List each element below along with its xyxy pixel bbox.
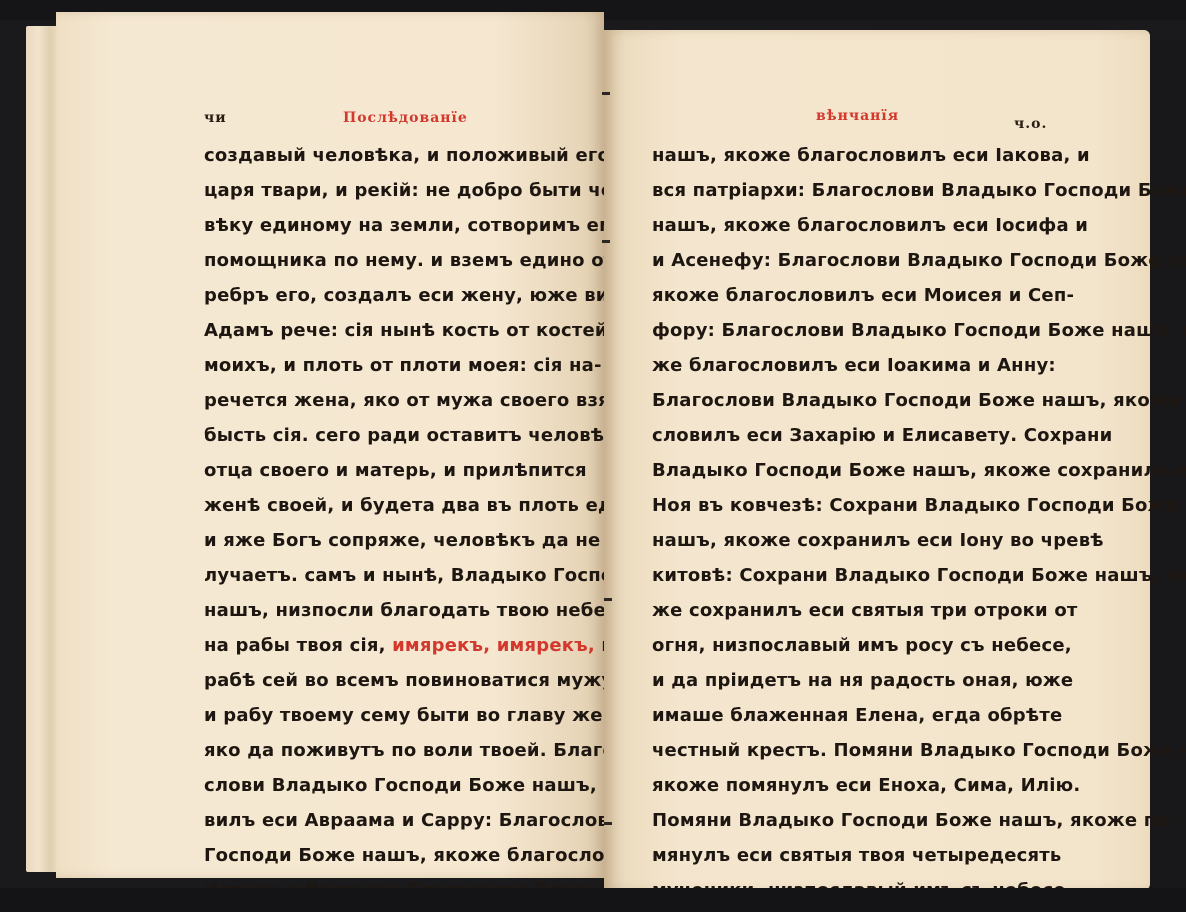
text-line: Помяни Владыко Господи Боже нашъ, якоже … (652, 803, 1032, 838)
text-line: и яже Богъ сопряже, человѣкъ да не раз- (204, 523, 586, 558)
text-line: же благословилъ еси Іоакима и Анну: (652, 348, 1032, 383)
text-line: и рабу твоему сему быти во главу жены, (204, 698, 586, 733)
text-line: вѣку единому на земли, сотворимъ ему (204, 208, 586, 243)
text-line: Ноя въ ковчезѣ: Сохрани Владыко Господи … (652, 488, 1032, 523)
text-line: создавый человѣка, и положивый его яко (204, 138, 586, 173)
binding-stitch (602, 240, 610, 243)
text-line: Благослови Владыко Господи Боже нашъ, як… (652, 383, 1032, 418)
text-line: вся патріархи: Благослови Владыко Господ… (652, 173, 1032, 208)
text-line: огня, низпославый имъ росу съ небесе, (652, 628, 1032, 663)
binding-stitch (604, 822, 612, 825)
left-text-block: создавый человѣка, и положивый его яко ц… (204, 138, 586, 908)
text-line: и Асенефу: Благослови Владыко Господи Бо… (652, 243, 1032, 278)
text-line-with-rubric: на рабы твоя сія, имярекъ, имярекъ, и да… (204, 628, 586, 663)
text-line: моихъ, и плоть от плоти моея: сія на- (204, 348, 586, 383)
text-line: нашъ, низпосли благодать твою небесную, (204, 593, 586, 628)
right-folio-number: ч.о. (1014, 116, 1047, 132)
text-line: нашъ, якоже благословилъ еси Іосифа и (652, 208, 1032, 243)
text-line: ребръ его, создалъ еси жену, юже видѣвъ (204, 278, 586, 313)
text-segment: на рабы твоя сія, (204, 635, 386, 656)
text-line: же сохранилъ еси святыя три отроки от (652, 593, 1032, 628)
right-text-block: нашъ, якоже благословилъ еси Іакова, и в… (652, 138, 1032, 908)
left-running-header: Послѣдованїе (343, 110, 468, 126)
text-line: фору: Благослови Владыко Господи Боже на… (652, 313, 1032, 348)
right-running-header: вѣнчанїя (816, 108, 899, 124)
text-line: честный крестъ. Помяни Владыко Господи Б… (652, 733, 1032, 768)
rubric-name-placeholder: имярекъ, имярекъ, (392, 635, 595, 656)
text-line: слови Владыко Господи Боже нашъ, якоже б… (204, 768, 586, 803)
text-line: царя твари, и рекій: не добро быти чело- (204, 173, 586, 208)
text-line: лучаетъ. самъ и нынѣ, Владыко Господи Бо… (204, 558, 586, 593)
text-line: Владыко Господи Боже нашъ, якоже сохрани… (652, 453, 1032, 488)
text-line: женѣ своей, и будета два въ плоть едину: (204, 488, 586, 523)
text-line: нашъ, якоже благословилъ еси Іакова, и (652, 138, 1032, 173)
left-folio-number: чи (204, 110, 227, 126)
binding-stitch (602, 92, 610, 95)
text-line: Адамъ рече: сія нынѣ кость от костей (204, 313, 586, 348)
text-line: помощника по нему. и вземъ едино от (204, 243, 586, 278)
text-line: речется жена, яко от мужа своего взята (204, 383, 586, 418)
text-line: якоже помянулъ еси Еноха, Сима, Илію. (652, 768, 1032, 803)
text-line: и да пріидетъ на ня радость оная, юже (652, 663, 1032, 698)
text-line: Господи Боже нашъ, якоже благословилъ ес… (204, 838, 586, 873)
text-line: якоже благословилъ еси Моисея и Сеп- (652, 278, 1032, 313)
background-bottom (0, 888, 1186, 912)
text-line: словилъ еси Захарію и Елисавету. Сохрани (652, 418, 1032, 453)
text-line: рабѣ сей во всемъ повиноватися мужу, (204, 663, 586, 698)
text-line: нашъ, якоже сохранилъ еси Іону во чревѣ (652, 523, 1032, 558)
text-line: бысть сія. сего ради оставитъ человѣкъ (204, 418, 586, 453)
text-line: вилъ еси Авраама и Сарру: Благослови Вла… (204, 803, 586, 838)
text-line: мянулъ еси святыя твоя четыредесять (652, 838, 1032, 873)
text-line: китовѣ: Сохрани Владыко Господи Боже наш… (652, 558, 1032, 593)
left-page: чи Послѣдованїе создавый человѣка, и пол… (56, 12, 604, 878)
right-page: вѣнчанїя ч.о. нашъ, якоже благословилъ е… (604, 30, 1150, 890)
binding-stitch (604, 598, 612, 601)
text-line: отца своего и матерь, и прилѣпится (204, 453, 586, 488)
text-line: яко да поживутъ по воли твоей. Благо- (204, 733, 586, 768)
text-line: имаше блаженная Елена, егда обрѣте (652, 698, 1032, 733)
